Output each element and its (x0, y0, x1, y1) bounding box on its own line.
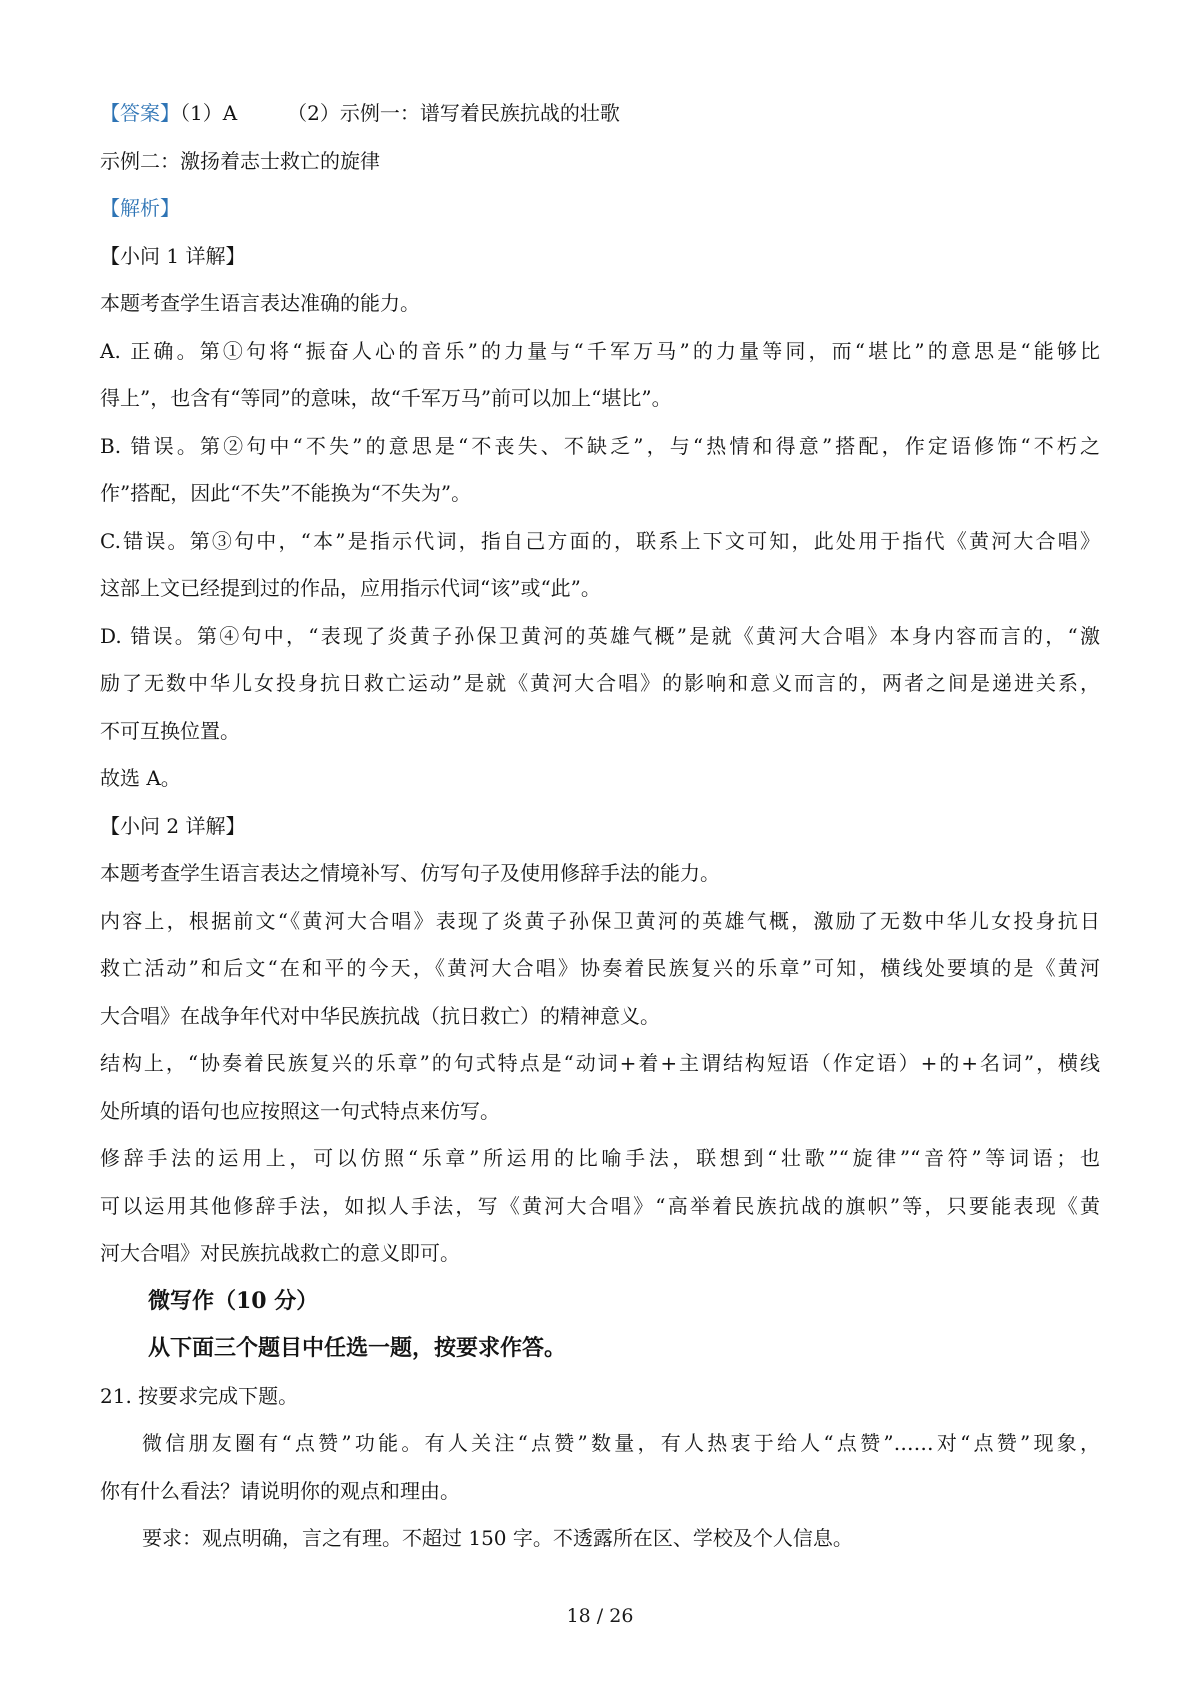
line-text: 本题考查学生语言表达准确的能力。 (100, 291, 420, 315)
page-number: 18 / 26 (0, 1603, 1200, 1629)
text-line: 【答案】（1）A （2）示例一：谱写着民族抗战的壮歌 (100, 90, 1100, 138)
text-line: 结构上，“协奏着民族复兴的乐章”的句式特点是“动词+着+主谓结构短语（作定语）+… (100, 1040, 1100, 1088)
text-line: 【解析】 (100, 185, 1100, 233)
line-text: 不可互换位置。 (100, 719, 240, 743)
text-line: C.错误。第③句中，“本”是指示代词，指自己方面的，联系上下文可知，此处用于指代… (100, 518, 1100, 566)
line-text: 从下面三个题目中任选一题，按要求作答。 (148, 1335, 566, 1361)
text-line: D. 错误。第④句中，“表现了炎黄子孙保卫黄河的英雄气概”是就《黄河大合唱》本身… (100, 613, 1100, 661)
text-line: 【小问 2 详解】 (100, 803, 1100, 851)
line-text: 处所填的语句也应按照这一句式特点来仿写。 (100, 1099, 500, 1123)
line-text: 这部上文已经提到过的作品，应用指示代词“该”或“此”。 (100, 576, 601, 600)
line-text: 【小问 2 详解】 (100, 814, 245, 838)
text-line: 得上”，也含有“等同”的意味，故“千军万马”前可以加上“堪比”。 (100, 375, 1100, 423)
text-line: 大合唱》在战争年代对中华民族抗战（抗日救亡）的精神意义。 (100, 993, 1100, 1041)
line-text: （1）A （2）示例一：谱写着民族抗战的壮歌 (180, 101, 620, 125)
line-text: 微写作（10 分） (148, 1288, 318, 1314)
bracket-label: 【解析】 (100, 196, 180, 220)
line-text: B. 错误。第②句中“不失”的意思是“不丧失、不缺乏”，与“热情和得意”搭配，作… (100, 434, 1100, 458)
section-heading: 微写作（10 分） (100, 1278, 1100, 1326)
line-text: 河大合唱》对民族抗战救亡的意义即可。 (100, 1241, 460, 1265)
text-line: 河大合唱》对民族抗战救亡的意义即可。 (100, 1230, 1100, 1278)
line-text: 要求：观点明确，言之有理。不超过 150 字。不透露所在区、学校及个人信息。 (142, 1526, 853, 1550)
text-line: 你有什么看法？请说明你的观点和理由。 (100, 1468, 1100, 1516)
line-text: 结构上，“协奏着民族复兴的乐章”的句式特点是“动词+着+主谓结构短语（作定语）+… (100, 1051, 1100, 1075)
text-line: 示例二：激扬着志士救亡的旋律 (100, 138, 1100, 186)
line-text: 作”搭配，因此“不失”不能换为“不失为”。 (100, 481, 471, 505)
line-text: 21. 按要求完成下题。 (100, 1384, 298, 1408)
line-text: 大合唱》在战争年代对中华民族抗战（抗日救亡）的精神意义。 (100, 1004, 660, 1028)
line-text: 【小问 1 详解】 (100, 244, 245, 268)
line-text: 微信朋友圈有“点赞”功能。有人关注“点赞”数量，有人热衷于给人“点赞”……对“点… (142, 1431, 1100, 1455)
text-line: 不可互换位置。 (100, 708, 1100, 756)
text-line: 本题考查学生语言表达之情境补写、仿写句子及使用修辞手法的能力。 (100, 850, 1100, 898)
text-line: 故选 A。 (100, 755, 1100, 803)
line-text: 故选 A。 (100, 766, 181, 790)
text-line: 微信朋友圈有“点赞”功能。有人关注“点赞”数量，有人热衷于给人“点赞”……对“点… (100, 1420, 1100, 1468)
line-text: 得上”，也含有“等同”的意味，故“千军万马”前可以加上“堪比”。 (100, 386, 672, 410)
line-text: 可以运用其他修辞手法，如拟人手法，写《黄河大合唱》“高举着民族抗战的旗帜”等，只… (100, 1194, 1100, 1218)
line-text: 示例二：激扬着志士救亡的旋律 (100, 149, 380, 173)
line-text: 你有什么看法？请说明你的观点和理由。 (100, 1479, 460, 1503)
line-text: 本题考查学生语言表达之情境补写、仿写句子及使用修辞手法的能力。 (100, 861, 720, 885)
line-text: 内容上，根据前文“《黄河大合唱》表现了炎黄子孙保卫黄河的英雄气概，激励了无数中华… (100, 909, 1100, 933)
text-line: 处所填的语句也应按照这一句式特点来仿写。 (100, 1088, 1100, 1136)
line-text: 修辞手法的运用上，可以仿照“乐章”所运用的比喻手法，联想到“壮歌”“旋律”“音符… (100, 1146, 1100, 1170)
bracket-label: 【答案】 (100, 101, 180, 125)
line-text: 救亡活动”和后文“在和平的今天，《黄河大合唱》协奏着民族复兴的乐章”可知，横线处… (100, 956, 1100, 980)
text-line: 修辞手法的运用上，可以仿照“乐章”所运用的比喻手法，联想到“壮歌”“旋律”“音符… (100, 1135, 1100, 1183)
text-line: A. 正确。第①句将“振奋人心的音乐”的力量与“千军万马”的力量等同，而“堪比”… (100, 328, 1100, 376)
section-heading: 从下面三个题目中任选一题，按要求作答。 (100, 1325, 1100, 1373)
line-text: C.错误。第③句中，“本”是指示代词，指自己方面的，联系上下文可知，此处用于指代… (100, 529, 1100, 553)
text-line: 这部上文已经提到过的作品，应用指示代词“该”或“此”。 (100, 565, 1100, 613)
line-text: 励了无数中华儿女投身抗日救亡运动”是就《黄河大合唱》的影响和意义而言的，两者之间… (100, 671, 1100, 695)
text-line: 可以运用其他修辞手法，如拟人手法，写《黄河大合唱》“高举着民族抗战的旗帜”等，只… (100, 1183, 1100, 1231)
text-line: 要求：观点明确，言之有理。不超过 150 字。不透露所在区、学校及个人信息。 (100, 1515, 1100, 1563)
text-line: 【小问 1 详解】 (100, 233, 1100, 281)
text-line: 救亡活动”和后文“在和平的今天，《黄河大合唱》协奏着民族复兴的乐章”可知，横线处… (100, 945, 1100, 993)
line-text: A. 正确。第①句将“振奋人心的音乐”的力量与“千军万马”的力量等同，而“堪比”… (100, 339, 1100, 363)
text-line: 内容上，根据前文“《黄河大合唱》表现了炎黄子孙保卫黄河的英雄气概，激励了无数中华… (100, 898, 1100, 946)
text-line: 作”搭配，因此“不失”不能换为“不失为”。 (100, 470, 1100, 518)
text-line: B. 错误。第②句中“不失”的意思是“不丧失、不缺乏”，与“热情和得意”搭配，作… (100, 423, 1100, 471)
text-line: 21. 按要求完成下题。 (100, 1373, 1100, 1421)
document-body: 【答案】（1）A （2）示例一：谱写着民族抗战的壮歌示例二：激扬着志士救亡的旋律… (100, 90, 1100, 1563)
line-text: D. 错误。第④句中，“表现了炎黄子孙保卫黄河的英雄气概”是就《黄河大合唱》本身… (100, 624, 1100, 648)
text-line: 励了无数中华儿女投身抗日救亡运动”是就《黄河大合唱》的影响和意义而言的，两者之间… (100, 660, 1100, 708)
text-line: 本题考查学生语言表达准确的能力。 (100, 280, 1100, 328)
